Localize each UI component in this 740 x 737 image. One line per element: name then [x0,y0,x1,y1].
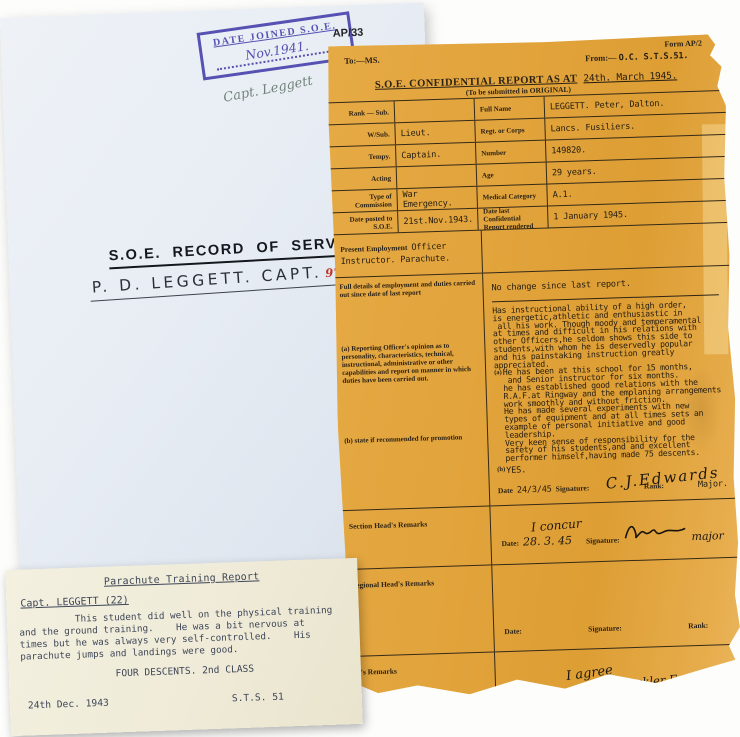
section-head-date: 28. 3. 45 [523,534,572,549]
personal-details-table: Rank — Sub.Full NameLEGGETT. Peter, Dalt… [328,90,740,727]
regional-head-content: Date: Signature: Rank: [492,558,740,652]
rank-label: Rank: [688,621,708,631]
no-change-text: No change since last report. [491,276,727,293]
row-label: Age [477,163,548,186]
row-value: 21st.Nov.1943. [398,209,479,233]
present-employment-value-2: Instructor. Parachute. [340,253,477,267]
form-number: Form AP/2 [664,39,702,49]
reporting-officer-label: (a) Reporting Officer's opinion as to pe… [341,341,479,385]
photo-of-soe-documents: DATE JOINED S.O.E. Nov.1941. AP/33 Capt.… [0,0,740,737]
present-employment-value: Officer [411,242,446,253]
row-label: Date posted to S.O.E. [331,211,399,234]
section-head-content: I concur Date: 28. 3. 45 Signature: majo… [490,499,740,565]
regional-head-label-cell: Regional Head's Remarks [342,565,495,656]
signature-label: Signature: [593,690,627,700]
row-value: Captain. [396,143,477,167]
promotion-answer: YES. [506,465,526,476]
signature-scrawl [623,520,688,542]
present-employment-label: Present Employment [340,243,407,254]
final-date: 30. 3. 45 [528,689,577,704]
regional-head-label: Regional Head's Remarks [351,578,435,590]
card-result: FOUR DESCENTS. 2nd CLASS [9,660,361,683]
row-value: War Emergency. [397,187,478,211]
row-label: Number [476,141,547,164]
signature-date: 24/3/45 [517,484,552,495]
reporting-officer-text: He has been at this school for 15 months… [503,363,723,463]
section-head-rank-note: major [691,529,724,543]
appraisal-section: Full details of employment and duties ca… [333,266,738,511]
signature-label: Signature: [556,483,590,493]
card-footer: 24th Dec. 1943 S.T.S. 51 [28,689,344,711]
section-head-label: Section Head's Remarks [349,519,428,530]
b-marker: (b) [497,466,505,473]
appraisal-content-column: No change since last report. Has instruc… [483,266,738,506]
row-value [395,99,476,123]
mockler-signature-rank: Brigadier. [641,688,689,703]
empty-cell [482,223,731,273]
regional-head-signature-line: Date: Signature: Rank: [504,620,736,636]
confidential-report-form: To:—MS. Form AP/2 From:— O.C. S.T.S.51. … [326,34,740,698]
row-label: Medical Category [477,185,548,208]
from-value: O.C. S.T.S.51. [619,51,689,63]
row-label: Rank — Sub. [328,101,396,124]
to-field: To:—MS. [344,55,380,66]
final-remarks-label-cell: r's Remarks [345,652,497,727]
row-label: Full Name [475,97,546,120]
reporting-officer-signature-line: Date 24/3/45 Signature: C.J.Edwards Rank… [498,479,734,500]
date-label: Date: [504,627,522,637]
final-remarks-section: r's Remarks I agree E. Mockler FerrymanB… [345,645,740,727]
section-head-label-cell: Section Head's Remarks [340,506,492,569]
card-report-text: This student did well on the physical tr… [19,604,348,663]
present-employment-cell: Present Employment Officer Instructor. P… [332,231,483,278]
row-label: Date last Confidential Report rendered [478,207,549,230]
card-date: 24th Dec. 1943 [28,698,109,712]
folder-reference-number: AP/33 [333,27,364,40]
row-label: W/Sub. [328,123,396,146]
parachute-training-card: Parachute Training Report Capt. LEGGETT … [5,558,363,736]
a-marker: (a) [494,369,502,376]
from-field: From:— O.C. S.T.S.51. [585,50,689,64]
date-label: Date: [506,694,524,704]
final-remarks-content: I agree E. Mockler FerrymanBrigadier. Da… [495,645,740,723]
final-signature-line: Date: 30. 3. 45 Signature: [506,684,738,708]
row-label: Acting [330,167,398,190]
promotion-label: (b) state if recommended for promotion [344,433,481,445]
card-title: Parachute Training Report [6,568,358,591]
appraisal-text: Has instructional ability of a high orde… [492,300,730,370]
row-label: Type of Commission [330,189,398,212]
row-value [397,165,478,189]
date-label: Date [498,486,513,495]
appraisal-labels-column: Full details of employment and duties ca… [333,274,490,511]
from-label: From:— [585,52,617,63]
signature-label: Signature: [588,623,622,633]
row-value: Lieut. [395,121,476,145]
row-label: Regt. or Corps [475,119,546,142]
card-unit: S.T.S. 51 [232,692,284,705]
date-label: Date: [501,539,519,549]
final-remarks-label: r's Remarks [357,666,397,676]
details-label: Full details of employment and duties ca… [339,279,476,299]
row-label: Tempy. [329,145,397,168]
pencil-annotation: Capt. Leggett [222,74,314,106]
signature-label: Signature: [586,535,620,545]
regional-head-section: Regional Head's Remarks Date: Signature:… [342,558,740,657]
